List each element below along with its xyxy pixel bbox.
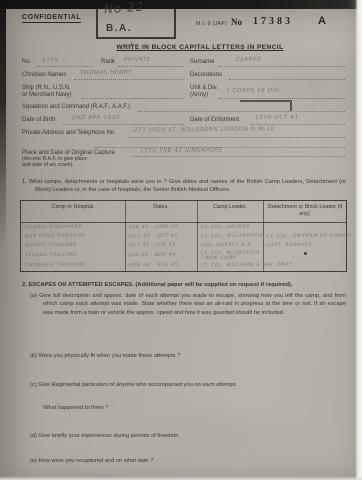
- enlistment-line: [251, 124, 345, 125]
- table-header-camp: Camp or Hospital.: [21, 204, 125, 211]
- table-cell: JUN 43 - NOV 44: [129, 253, 176, 258]
- christian-names-label: Christian Names: [22, 72, 66, 79]
- table-header-detachment: Detachment or Block Leader (if any).: [265, 204, 345, 218]
- table-cell: LT. COL. WILLIAMS & MAJ. GRAY: [201, 263, 293, 269]
- unit-div-label-line2: (Army): [190, 92, 208, 99]
- capture-value: 15TH FEB 42 SINGAPORE: [140, 148, 223, 155]
- table-header-leader: Camp Leader.: [197, 204, 263, 211]
- handwritten-case-number: No 22: [104, 0, 145, 16]
- table-cell: COL. HARVEY R.A.: [201, 243, 253, 249]
- scanned-pow-questionnaire: CONFIDENTIAL B.A. No 22 M.I. 9 (JAP) No …: [0, 0, 362, 480]
- question-2c-text: (c) Give Regimental particulars of anyon…: [30, 381, 346, 389]
- table-cell: LT. COL. McOSTRICH - POW CAMP: [201, 251, 261, 262]
- no-field-line: [36, 66, 94, 67]
- table-cell: NOV 44 - AUG 45: [129, 263, 178, 269]
- dob-line: [63, 124, 184, 125]
- squadron-line: [138, 111, 345, 112]
- ship-line: [82, 98, 184, 99]
- capture-label-line3: and date of a/c crash).: [22, 163, 74, 169]
- scan-edge-bottom: [0, 476, 362, 480]
- camps-table: Camp or Hospital. Dates. Camp Leader. De…: [20, 200, 347, 272]
- question-2-heading: 2. ESCAPES OR ATTEMPTED ESCAPES. (Additi…: [22, 281, 346, 289]
- table-cell: TARSAO THAILAND: [25, 253, 78, 259]
- table-cell: BAN PONG THAILAND: [25, 234, 86, 240]
- dob-value: 2ND APR 1920: [72, 115, 120, 122]
- table-cell: LT. COL. OWTRAM OF CHANGI: [267, 234, 352, 240]
- table-header-dates: Dates.: [125, 204, 197, 211]
- table-header-rule: [21, 222, 346, 223]
- series-letter: A: [318, 15, 326, 27]
- scan-edge-left: [0, 0, 6, 250]
- dob-label: Date of Birth: [22, 117, 55, 124]
- ship-label-line1: Ship (R.N., U.S.N.: [22, 85, 71, 92]
- question-2a-text: (a) Give full description and approx. da…: [30, 292, 346, 317]
- squadron-label: Squadron and Command (R.A.F., A.A.F.): [22, 104, 130, 111]
- ba-stamp-text: B.A.: [106, 23, 132, 34]
- table-cell: LT. COL. HOLMES: [201, 225, 250, 231]
- table-cell: JULY 42 - OCT 42: [129, 234, 178, 240]
- enlistment-label: Date of Enlistment: [190, 117, 239, 124]
- table-cell: OCT 42 - JUN 43: [129, 243, 176, 248]
- question-2b-text: (b) Were you physically fit when you mad…: [30, 352, 346, 360]
- rank-field-line: [118, 66, 184, 67]
- ship-label-line2: or Merchant Navy): [22, 92, 71, 99]
- surname-field-line: [219, 66, 345, 67]
- decorations-line: [229, 79, 345, 80]
- table-cell: FEB 42 - JUNE 42: [129, 225, 178, 231]
- table-cell: LT. COL. WILLIAMSON: [201, 234, 263, 240]
- table-column-divider: [197, 201, 198, 271]
- surname-field-label: Surname: [190, 59, 214, 66]
- christian-names-value: THOMAS HENRY: [80, 70, 132, 77]
- unit-div-line: [219, 98, 345, 99]
- no-field-label: No.: [22, 59, 31, 66]
- block-capitals-instruction: WRITE IN BLOCK CAPITAL LETTERS IN PENCIL: [55, 44, 345, 51]
- enlistment-value: 15TH OCT 41: [255, 115, 299, 121]
- question-1-text: 1. What camps, detachments or hospitals …: [22, 178, 346, 195]
- no-field-value: 5779: [42, 58, 59, 64]
- address-value: 277 HIGH ST. WILLESDEN LONDON N.W.10: [134, 126, 275, 133]
- table-cell: CHANGI SINGAPORE: [25, 225, 82, 231]
- unit-div-value: 1 CORPS 18 DIV: [226, 88, 279, 95]
- table-column-divider: [125, 201, 126, 271]
- address-line-1: [128, 137, 345, 138]
- rank-field-label: Rank: [101, 59, 115, 66]
- scan-edge-top: [0, 0, 362, 9]
- table-cell: CAPT. BARNARD: [267, 243, 313, 248]
- serial-no-label: No: [231, 17, 242, 27]
- serial-number-stamp: 17383: [253, 16, 293, 27]
- confidential-marking: CONFIDENTIAL: [22, 14, 81, 23]
- question-2e-text: (e) How were you recaptured and on what …: [30, 457, 346, 465]
- unit-div-label-line1: Unit & Div.: [190, 85, 218, 92]
- question-2d-text: (d) Give briefly your experiences during…: [30, 432, 346, 440]
- address-label: Private Address and Telephone No.: [22, 130, 116, 137]
- christian-names-line: [74, 79, 184, 80]
- pencil-dot-mark: [304, 252, 307, 255]
- table-cell: WAMPO THAILAND: [25, 243, 77, 249]
- rank-field-value: PRIVATE: [124, 57, 151, 63]
- pencil-bracket-mark: [240, 100, 292, 111]
- table-cell: CHUNGKAI THAILAND: [25, 263, 86, 269]
- decorations-label: Decorations: [190, 72, 222, 79]
- surname-field-value: CLARKE: [236, 57, 262, 63]
- scan-edge-right: [355, 0, 362, 480]
- question-2c2-text: What happened to them ?: [43, 404, 343, 412]
- table-column-divider: [263, 201, 264, 271]
- capture-line: [132, 156, 345, 157]
- form-reference: M.I. 9 (JAP): [196, 21, 227, 27]
